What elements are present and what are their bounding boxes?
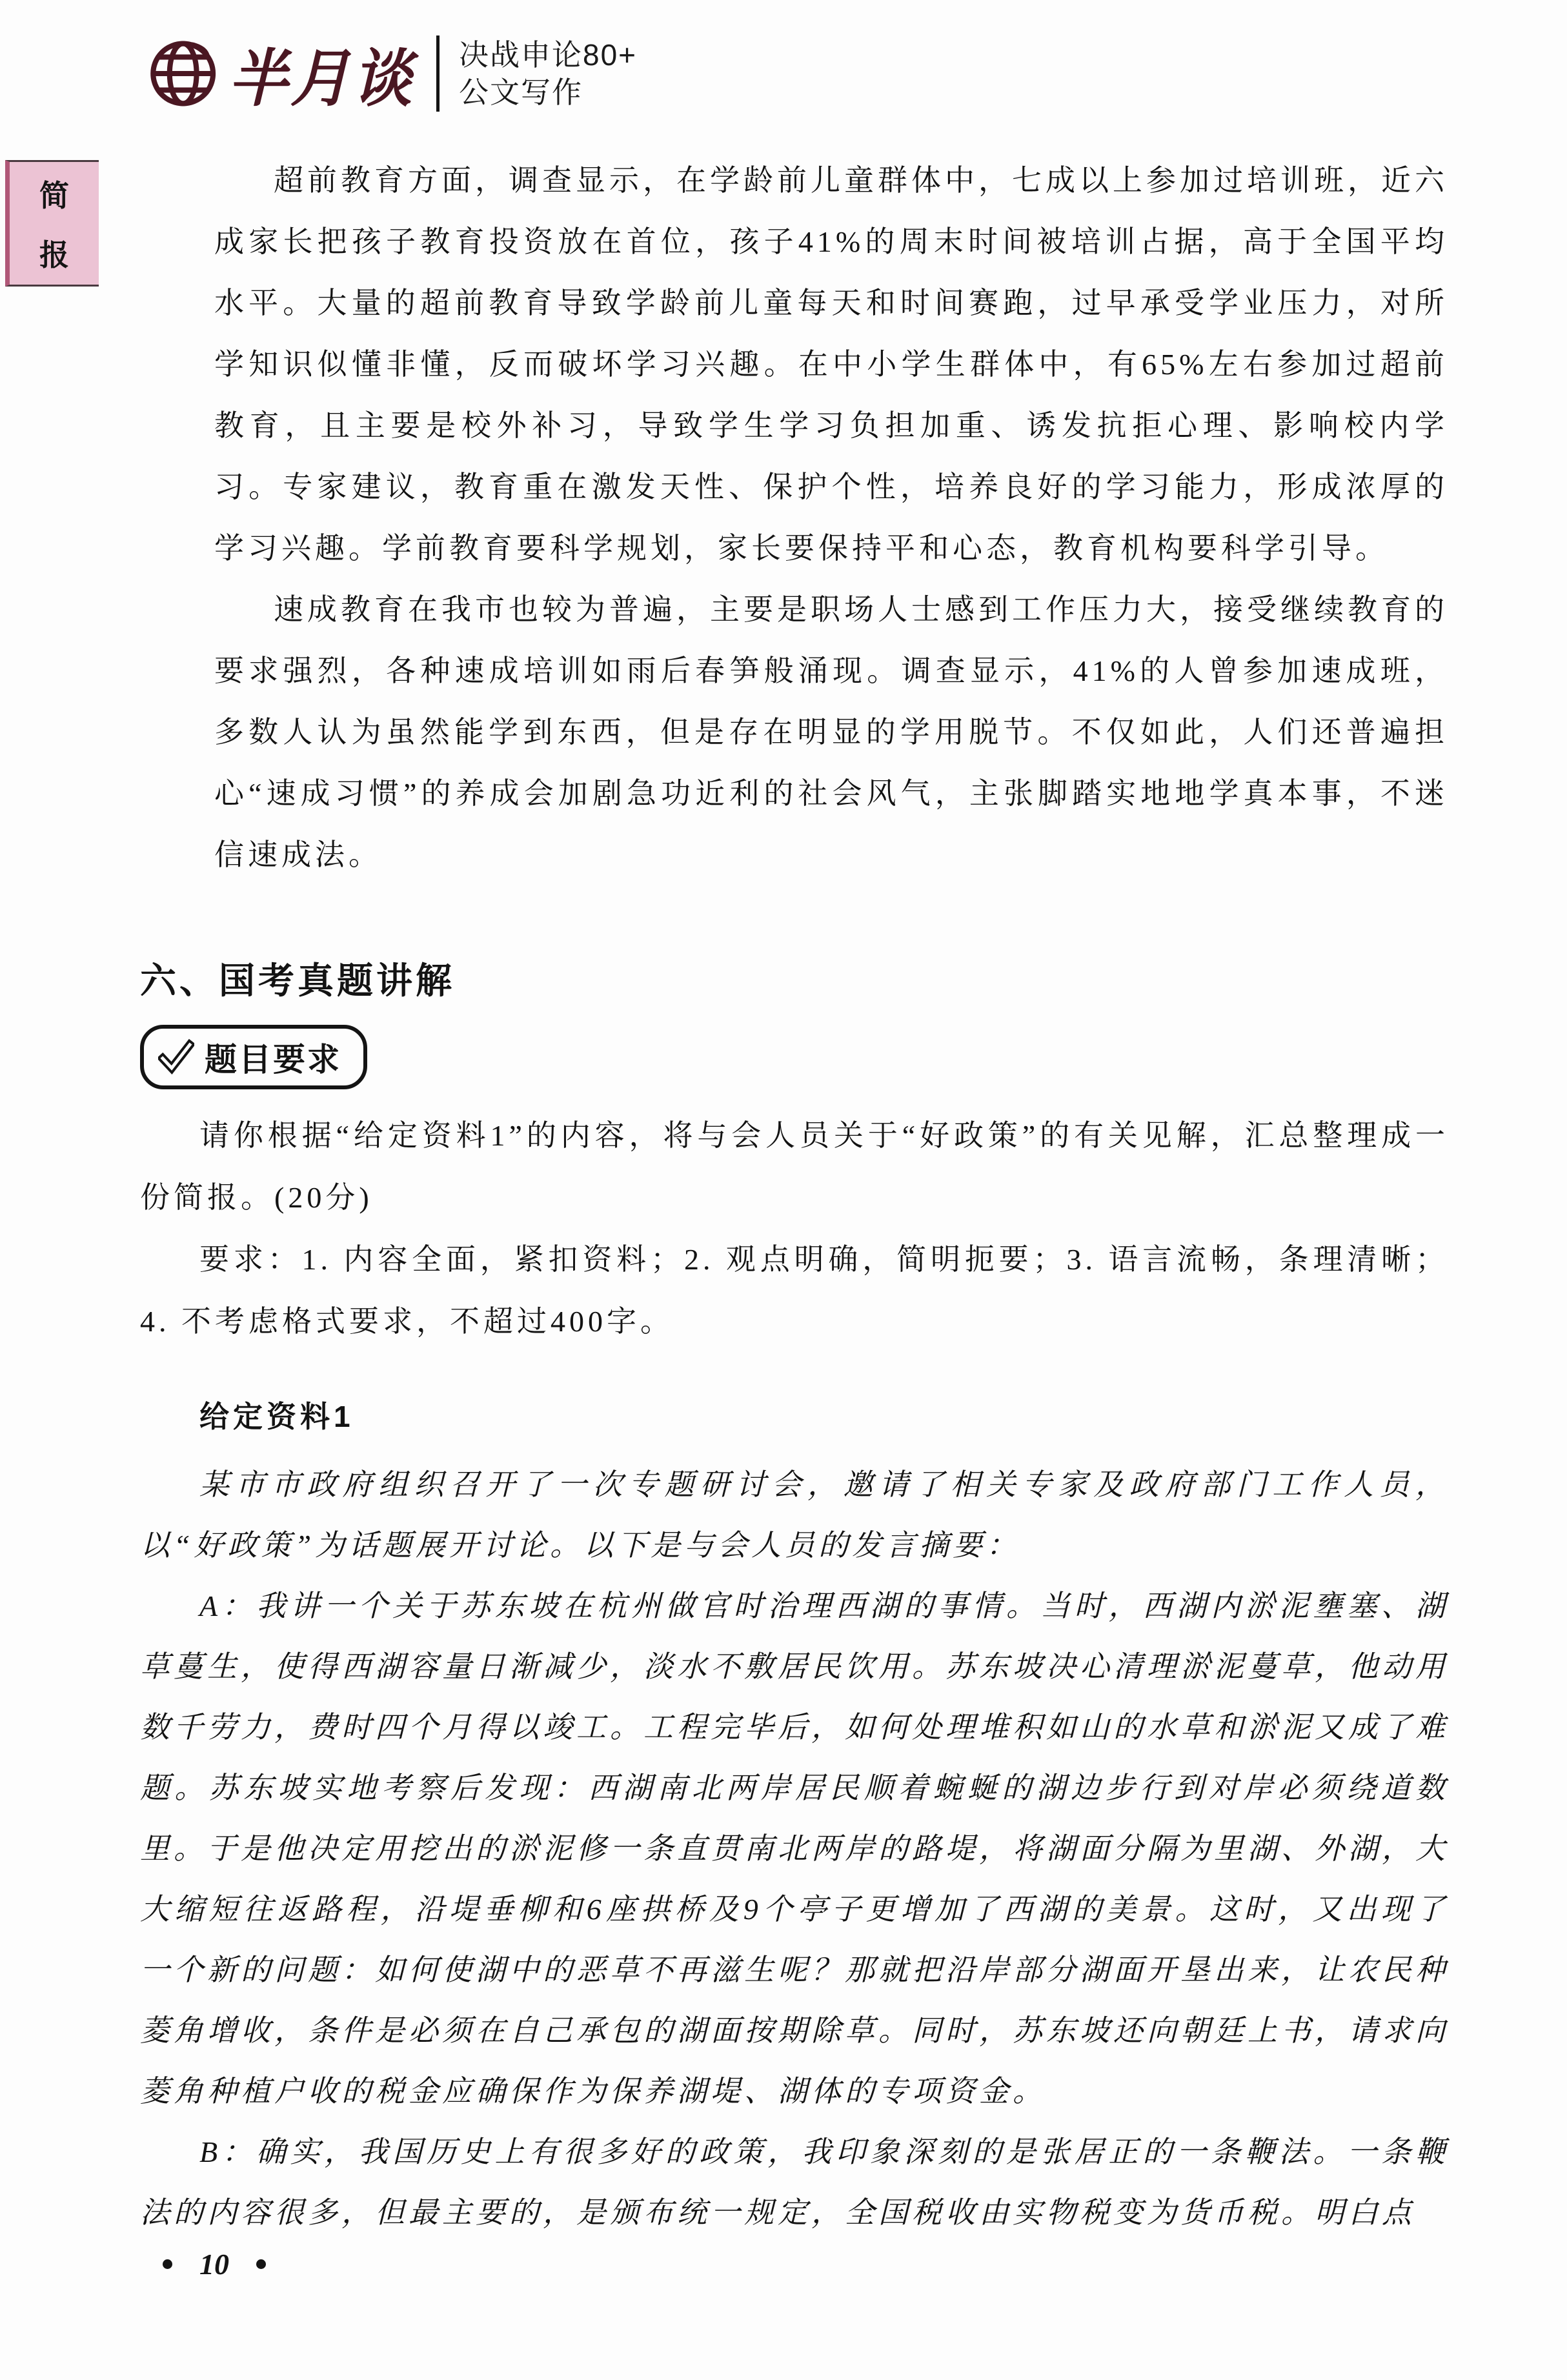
margin-tab-char-1: 简 (39, 172, 69, 215)
requirement-box-label: 题目要求 (205, 1034, 341, 1080)
margin-tab-char-2: 报 (39, 232, 69, 274)
requirement-paragraph: 要求：1. 内容全面，紧扣资料；2. 观点明确，简明扼要；3. 语言流畅，条理清… (140, 1229, 1449, 1353)
briefing-paragraph: 速成教育在我市也较为普遍，主要是职场人士感到工作压力大，接受继续教育的要求强烈，… (214, 579, 1448, 885)
globe-logo-icon (147, 36, 222, 111)
header-subtitle-line1: 决战申论80+ (459, 36, 637, 74)
page-number-value: 10 (199, 2247, 229, 2281)
requirement-paragraph: 请你根据“给定资料1”的内容，将与会人员关于“好政策”的有关见解，汇总整理成一份… (140, 1105, 1449, 1229)
header-subtitle: 决战申论80+ 公文写作 (459, 36, 637, 111)
page-header: 半月谈 决战申论80+ 公文写作 (147, 31, 637, 116)
footer-dot (163, 2259, 172, 2269)
header-divider (436, 35, 440, 112)
requirement-box: 题目要求 (140, 1025, 367, 1089)
scanned-book-page: 半月谈 决战申论80+ 公文写作 简 报 超前教育方面，调查显示，在学龄前儿童群… (0, 0, 1567, 2380)
checkmark-icon (158, 1039, 194, 1075)
footer-dot (256, 2259, 266, 2269)
speaker-b-paragraph: B：确实，我国历史上有很多好的政策，我印象深刻的是张居正的一条鞭法。一条鞭法的内… (140, 2122, 1449, 2243)
task-requirements: 请你根据“给定资料1”的内容，将与会人员关于“好政策”的有关见解，汇总整理成一份… (140, 1105, 1449, 1353)
speaker-a-paragraph: A：我讲一个关于苏东坡在杭州做官时治理西湖的事情。当时，西湖内淤泥壅塞、湖草蔓生… (140, 1576, 1449, 2122)
material-heading: 给定资料1 (140, 1386, 1449, 1447)
brand-title: 半月谈 (228, 29, 414, 119)
given-material-section: 给定资料1 某市市政府组织召开了一次专题研讨会，邀请了相关专家及政府部门工作人员… (140, 1386, 1449, 2243)
briefing-paragraph: 超前教育方面，调查显示，在学龄前儿童群体中，七成以上参加过培训班，近六成家长把孩… (214, 150, 1448, 579)
header-subtitle-line2: 公文写作 (459, 74, 637, 111)
margin-tab-briefing: 简 报 (5, 160, 99, 287)
briefing-body: 超前教育方面，调查显示，在学龄前儿童群体中，七成以上参加过培训班，近六成家长把孩… (214, 150, 1448, 885)
section-heading: 六、国考真题讲解 (140, 953, 455, 1004)
page-number: 10 (163, 2247, 266, 2281)
material-intro: 某市市政府组织召开了一次专题研讨会，邀请了相关专家及政府部门工作人员，以“好政策… (140, 1455, 1449, 1576)
